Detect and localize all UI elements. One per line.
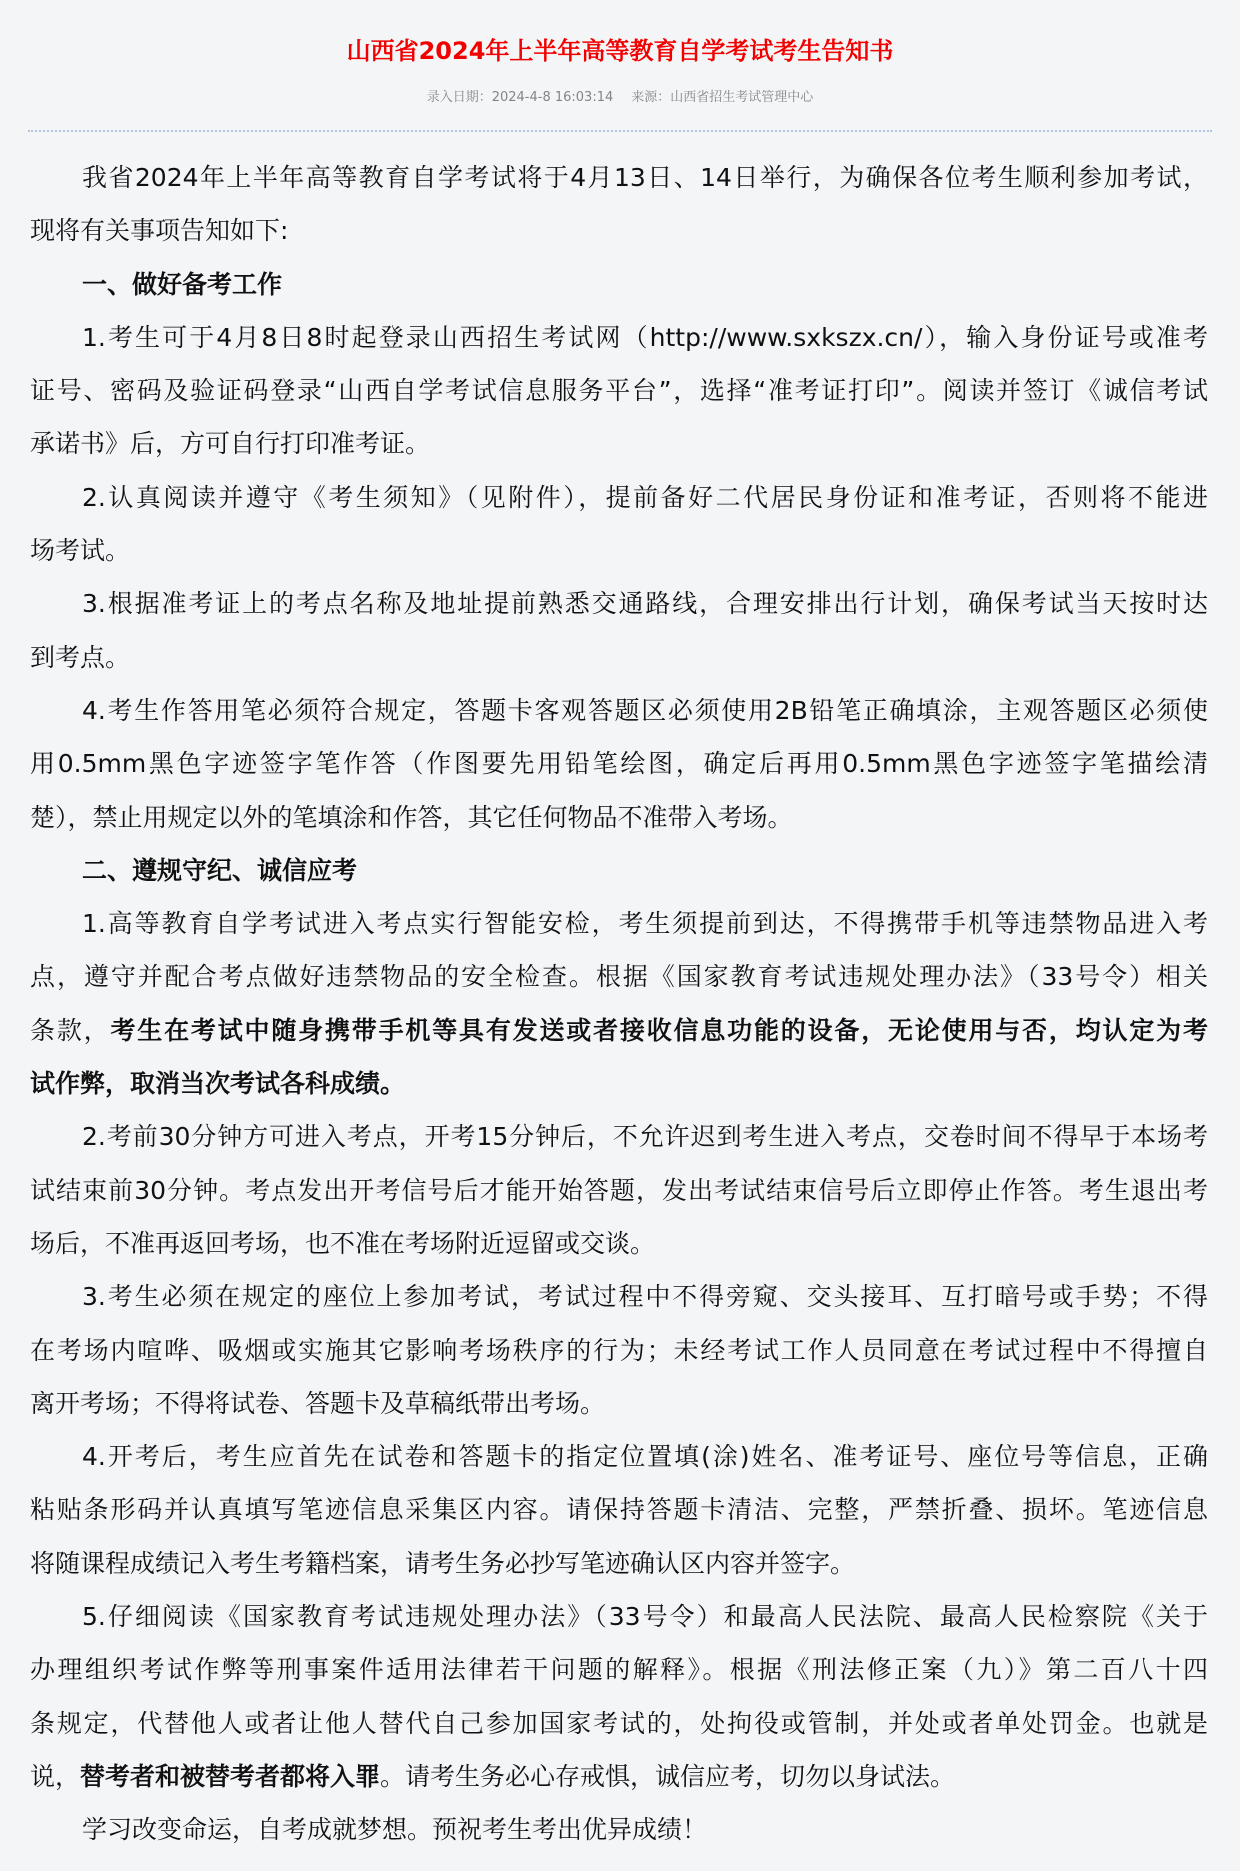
- text-run: 承诺书》后，方可自行打印准考证。: [30, 429, 430, 458]
- text-line: 2.考前30分钟方可进入考点，开考15分钟后，不允许迟到考生进入考点，交卷时间不…: [30, 1110, 1208, 1163]
- text-line: 1.考生可于4月8日8时起登录山西招生考试网（http://www.sxkszx…: [30, 311, 1208, 364]
- bold-text: 二、遵规守纪、诚信应考: [82, 856, 357, 885]
- text-line: 条规定，代替他人或者让他人替代自己参加国家考试的，处拘役或管制，并处或者单处罚金…: [30, 1697, 1208, 1750]
- entry-date-label: 录入日期：: [427, 90, 492, 105]
- page-title: 山西省2024年上半年高等教育自学考试考生告知书: [0, 34, 1240, 68]
- paragraph: 3.考生必须在规定的座位上参加考试，考试过程中不得旁窥、交头接耳、互打暗号或手势…: [30, 1270, 1208, 1430]
- text-run: 在考场内喧哗、吸烟或实施其它影响考场秩序的行为；未经考试工作人员同意在考试过程中…: [30, 1336, 1208, 1365]
- text-run: 2.认真阅读并遵守《考生须知》（见附件），提前备好二代居民身份证和准考证，否则将…: [82, 483, 1208, 512]
- text-line: 条款，考生在考试中随身携带手机等具有发送或者接收信息功能的设备，无论使用与否，均…: [30, 1004, 1208, 1057]
- text-line: 用0.5mm黑色字迹签字笔作答（作图要先用铅笔绘图，确定后再用0.5mm黑色字迹…: [30, 737, 1208, 790]
- paragraph: 1.高等教育自学考试进入考点实行智能安检，考生须提前到达，不得携带手机等违禁物品…: [30, 897, 1208, 1110]
- text-line: 场考试。: [30, 524, 1208, 577]
- paragraph: 我省2024年上半年高等教育自学考试将于4月13日、14日举行，为确保各位考生顺…: [30, 151, 1208, 258]
- text-line: 办理组织考试作弊等刑事案件适用法律若干问题的解释》。根据《刑法修正案（九）》第二…: [30, 1643, 1208, 1696]
- header-divider: [28, 130, 1212, 132]
- text-run: 将随课程成绩记入考生考籍档案，请考生务必抄写笔迹确认区内容并签字。: [30, 1549, 855, 1578]
- text-run: 。请考生务必心存戒惧，诚信应考，切勿以身试法。: [380, 1762, 955, 1791]
- paragraph: 2.认真阅读并遵守《考生须知》（见附件），提前备好二代居民身份证和准考证，否则将…: [30, 471, 1208, 578]
- text-run: 学习改变命运，自考成就梦想。预祝考生考出优异成绩！: [82, 1815, 707, 1844]
- text-line: 将随课程成绩记入考生考籍档案，请考生务必抄写笔迹确认区内容并签字。: [30, 1537, 1208, 1590]
- text-run: 现将有关事项告知如下:: [30, 216, 288, 245]
- text-run: 场后，不准再返回考场，也不准在考场附近逗留或交谈。: [30, 1229, 655, 1258]
- text-run: 4.开考后，考生应首先在试卷和答题卡的指定位置填(涂)姓名、准考证号、座位号等信…: [82, 1442, 1208, 1471]
- bold-text: 替考者和被替考者都将入罪: [80, 1762, 380, 1791]
- text-run: 证号、密码及验证码登录“山西自学考试信息服务平台”，选择“准考证打印”。阅读并签…: [30, 376, 1208, 405]
- text-line: 1.高等教育自学考试进入考点实行智能安检，考生须提前到达，不得携带手机等违禁物品…: [30, 897, 1208, 950]
- paragraph: 2.考前30分钟方可进入考点，开考15分钟后，不允许迟到考生进入考点，交卷时间不…: [30, 1110, 1208, 1270]
- text-line: 2.认真阅读并遵守《考生须知》（见附件），提前备好二代居民身份证和准考证，否则将…: [30, 471, 1208, 524]
- text-run: 用0.5mm黑色字迹签字笔作答（作图要先用铅笔绘图，确定后再用0.5mm黑色字迹…: [30, 749, 1208, 778]
- section-heading: 二、遵规守纪、诚信应考: [30, 844, 1208, 897]
- text-line: 试作弊，取消当次考试各科成绩。: [30, 1057, 1208, 1110]
- text-line: 承诺书》后，方可自行打印准考证。: [30, 417, 1208, 470]
- paragraph: 3.根据准考证上的考点名称及地址提前熟悉交通路线，合理安排出行计划，确保考试当天…: [30, 577, 1208, 684]
- text-line: 3.根据准考证上的考点名称及地址提前熟悉交通路线，合理安排出行计划，确保考试当天…: [30, 577, 1208, 630]
- bold-text: 试作弊，取消当次考试各科成绩。: [30, 1069, 405, 1098]
- text-line: 现将有关事项告知如下:: [30, 204, 1208, 257]
- text-run: 办理组织考试作弊等刑事案件适用法律若干问题的解释》。根据《刑法修正案（九）》第二…: [30, 1655, 1208, 1684]
- article-meta: 录入日期：2024-4-8 16:03:14来源：山西省招生考试管理中心: [0, 88, 1240, 108]
- text-run: 1.考生可于4月8日8时起登录山西招生考试网（http://www.sxkszx…: [82, 323, 1208, 352]
- bold-text: 考生在考试中随身携带手机等具有发送或者接收信息功能的设备，无论使用与否，均认定为…: [110, 1016, 1208, 1045]
- text-line: 学习改变命运，自考成就梦想。预祝考生考出优异成绩！: [30, 1803, 1208, 1856]
- text-line: 点，遵守并配合考点做好违禁物品的安全检查。根据《国家教育考试违规处理办法》（33…: [30, 950, 1208, 1003]
- text-run: 1.高等教育自学考试进入考点实行智能安检，考生须提前到达，不得携带手机等违禁物品…: [82, 909, 1208, 938]
- text-line: 到考点。: [30, 631, 1208, 684]
- text-line: 我省2024年上半年高等教育自学考试将于4月13日、14日举行，为确保各位考生顺…: [30, 151, 1208, 204]
- text-line: 4.考生作答用笔必须符合规定，答题卡客观答题区必须使用2B铅笔正确填涂，主观答题…: [30, 684, 1208, 737]
- paragraph: 1.考生可于4月8日8时起登录山西招生考试网（http://www.sxkszx…: [30, 311, 1208, 471]
- source-label: 来源：: [631, 90, 670, 105]
- text-run: 3.根据准考证上的考点名称及地址提前熟悉交通路线，合理安排出行计划，确保考试当天…: [82, 589, 1208, 618]
- text-run: 说，: [30, 1762, 80, 1791]
- text-line: 证号、密码及验证码登录“山西自学考试信息服务平台”，选择“准考证打印”。阅读并签…: [30, 364, 1208, 417]
- article-body: 我省2024年上半年高等教育自学考试将于4月13日、14日举行，为确保各位考生顺…: [30, 151, 1208, 1857]
- text-run: 条规定，代替他人或者让他人替代自己参加国家考试的，处拘役或管制，并处或者单处罚金…: [30, 1709, 1208, 1738]
- paragraph: 4.开考后，考生应首先在试卷和答题卡的指定位置填(涂)姓名、准考证号、座位号等信…: [30, 1430, 1208, 1590]
- text-line: 4.开考后，考生应首先在试卷和答题卡的指定位置填(涂)姓名、准考证号、座位号等信…: [30, 1430, 1208, 1483]
- paragraph: 4.考生作答用笔必须符合规定，答题卡客观答题区必须使用2B铅笔正确填涂，主观答题…: [30, 684, 1208, 844]
- text-line: 说，替考者和被替考者都将入罪。请考生务必心存戒惧，诚信应考，切勿以身试法。: [30, 1750, 1208, 1803]
- text-run: 试结束前30分钟。考点发出开考信号后才能开始答题，发出考试结束信号后立即停止作答…: [30, 1176, 1208, 1205]
- text-run: 场考试。: [30, 536, 130, 565]
- text-line: 3.考生必须在规定的座位上参加考试，考试过程中不得旁窥、交头接耳、互打暗号或手势…: [30, 1270, 1208, 1323]
- text-run: 3.考生必须在规定的座位上参加考试，考试过程中不得旁窥、交头接耳、互打暗号或手势…: [82, 1282, 1208, 1311]
- text-line: 二、遵规守纪、诚信应考: [30, 844, 1208, 897]
- text-run: 我省2024年上半年高等教育自学考试将于4月13日、14日举行，为确保各位考生顺…: [82, 163, 1208, 192]
- text-run: 楚），禁止用规定以外的笔填涂和作答，其它任何物品不准带入考场。: [30, 803, 793, 832]
- text-line: 场后，不准再返回考场，也不准在考场附近逗留或交谈。: [30, 1217, 1208, 1270]
- text-run: 到考点。: [30, 643, 130, 672]
- notice-page: 山西省2024年上半年高等教育自学考试考生告知书 录入日期：2024-4-8 1…: [0, 0, 1240, 1871]
- text-line: 一、做好备考工作: [30, 258, 1208, 311]
- text-line: 离开考场；不得将试卷、答题卡及草稿纸带出考场。: [30, 1377, 1208, 1430]
- text-run: 条款，: [30, 1016, 110, 1045]
- text-run: 点，遵守并配合考点做好违禁物品的安全检查。根据《国家教育考试违规处理办法》（33…: [30, 962, 1208, 991]
- text-line: 5.仔细阅读《国家教育考试违规处理办法》（33号令）和最高人民法院、最高人民检察…: [30, 1590, 1208, 1643]
- paragraph: 5.仔细阅读《国家教育考试违规处理办法》（33号令）和最高人民法院、最高人民检察…: [30, 1590, 1208, 1803]
- text-line: 粘贴条形码并认真填写笔迹信息采集区内容。请保持答题卡清洁、完整，严禁折叠、损坏。…: [30, 1483, 1208, 1536]
- text-line: 楚），禁止用规定以外的笔填涂和作答，其它任何物品不准带入考场。: [30, 791, 1208, 844]
- paragraph: 学习改变命运，自考成就梦想。预祝考生考出优异成绩！: [30, 1803, 1208, 1856]
- text-run: 4.考生作答用笔必须符合规定，答题卡客观答题区必须使用2B铅笔正确填涂，主观答题…: [82, 696, 1208, 725]
- bold-text: 一、做好备考工作: [82, 270, 282, 299]
- entry-date-value: 2024-4-8 16:03:14: [492, 90, 614, 105]
- text-line: 在考场内喧哗、吸烟或实施其它影响考场秩序的行为；未经考试工作人员同意在考试过程中…: [30, 1324, 1208, 1377]
- section-heading: 一、做好备考工作: [30, 258, 1208, 311]
- text-run: 粘贴条形码并认真填写笔迹信息采集区内容。请保持答题卡清洁、完整，严禁折叠、损坏。…: [30, 1495, 1208, 1524]
- text-run: 离开考场；不得将试卷、答题卡及草稿纸带出考场。: [30, 1389, 605, 1418]
- source-value: 山西省招生考试管理中心: [670, 90, 813, 105]
- text-run: 2.考前30分钟方可进入考点，开考15分钟后，不允许迟到考生进入考点，交卷时间不…: [82, 1122, 1208, 1151]
- text-run: 5.仔细阅读《国家教育考试违规处理办法》（33号令）和最高人民法院、最高人民检察…: [82, 1602, 1208, 1631]
- text-line: 试结束前30分钟。考点发出开考信号后才能开始答题，发出考试结束信号后立即停止作答…: [30, 1164, 1208, 1217]
